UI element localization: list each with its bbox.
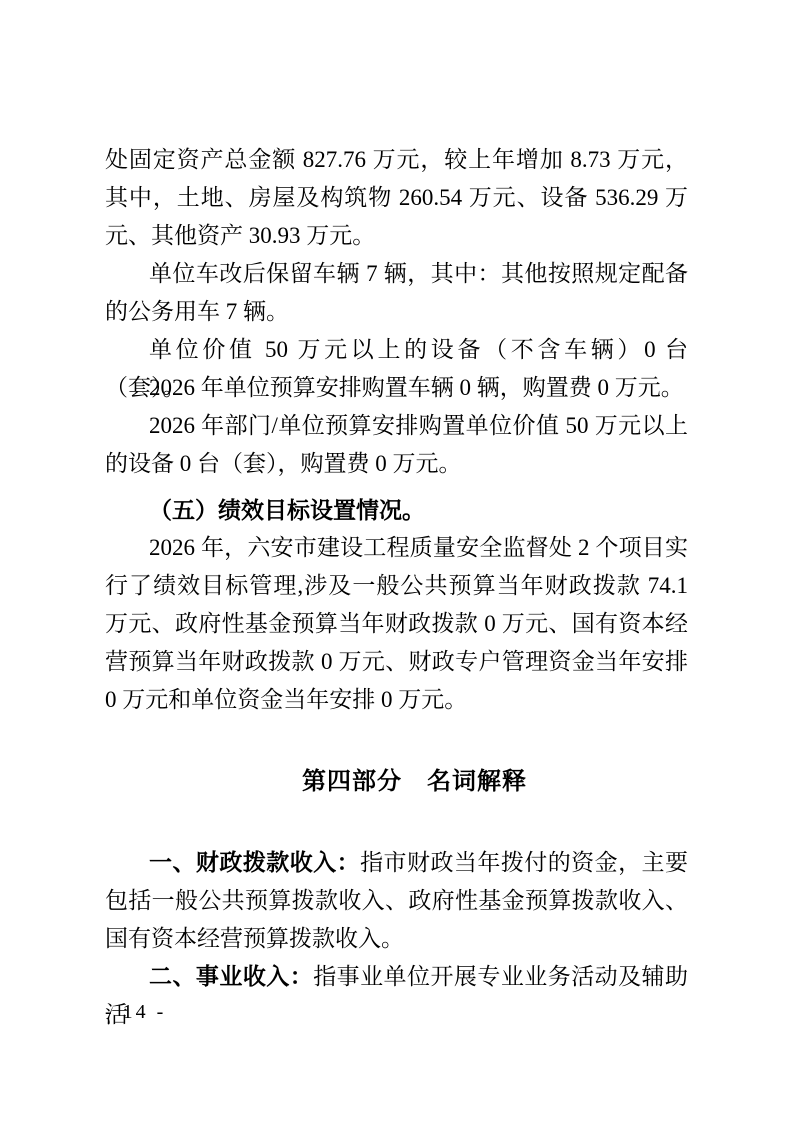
term-label: 一、财政拨款收入： xyxy=(149,849,360,875)
document-page: 处固定资产总金额 827.76 万元，较上年增加 8.73 万元，其中，土地、房… xyxy=(0,0,793,1122)
paragraph-retained-vehicles: 单位车改后保留车辆 7 辆，其中：其他按照规定配备的公务用车 7 辆。 xyxy=(105,255,688,331)
page-number: - 14 - xyxy=(105,999,166,1025)
term-fiscal-appropriation-income: 一、财政拨款收入：指市财政当年拨付的资金，主要包括一般公共预算拨款收入、政府性基… xyxy=(105,843,688,958)
section-heading-part4: 第四部分 名词解释 xyxy=(105,763,688,801)
paragraph-2026-vehicle-purchase: 2026 年单位预算安排购置车辆 0 辆，购置费 0 万元。 xyxy=(105,369,688,407)
term-operating-income: 二、事业收入：指事业单位开展专业业务活动及辅助活 xyxy=(105,957,688,1034)
paragraph-performance-detail: 2026 年，六安市建设工程质量安全监督处 2 个项目实行了绩效目标管理,涉及一… xyxy=(105,529,688,719)
heading-performance-targets: （五）绩效目标设置情况。 xyxy=(105,491,688,529)
term-label: 二、事业收入： xyxy=(149,963,313,989)
paragraph-2026-equipment-purchase: 2026 年部门/单位预算安排购置单位价值 50 万元以上的设备 0 台（套），… xyxy=(105,407,688,483)
paragraph-fixed-assets: 处固定资产总金额 827.76 万元，较上年增加 8.73 万元，其中，土地、房… xyxy=(105,141,688,255)
